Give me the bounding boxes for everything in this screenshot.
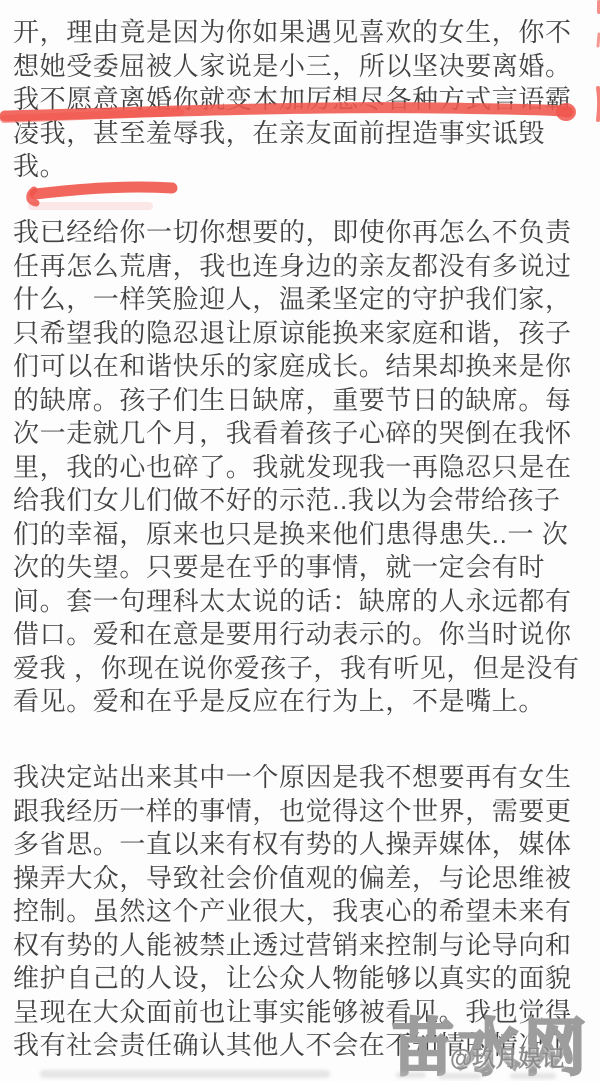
paragraph-1: 开，理由竟是因为你如果遇见喜欢的女生，你不 想她受委屈被人家说是小三，所以坚决要… — [13, 16, 591, 184]
text-line: 间。套一句理科太太说的话：缺席的人永远都有 — [13, 585, 591, 619]
text-line: 给我们女儿们做不好的示范..我以为会带给孩子 — [13, 484, 591, 518]
text-line: 我。 — [13, 150, 591, 184]
text-line: 借口。爱和在意是要用行动表示的。你当时说你 — [13, 618, 591, 652]
text-line: 多省思。一直以来有权有势的人操弄媒体，媒体 — [13, 828, 591, 862]
text-line: 任再怎么荒唐，我也连身边的亲友都没有多说过 — [13, 250, 591, 284]
text-line: 看见。爱和在乎是反应在行为上，不是嘴上。 — [13, 685, 591, 719]
text-line: 想她受委屈被人家说是小三，所以坚决要离婚。 — [13, 50, 591, 84]
paragraph-2: 我已经给你一切你想要的，即使你再怎么不负责 任再怎么荒唐，我也连身边的亲友都没有… — [13, 216, 591, 719]
text-line: 维护自己的人设，让公众人物能够以真实的面貌 — [13, 962, 591, 996]
text-line: 什么，一样笑脸迎人，温柔坚定的守护我们家， — [13, 283, 591, 317]
red-underline-ghost-smudge — [28, 202, 153, 210]
text-line: 的缺席。孩子们生日缺席，重要节日的缺席。每 — [13, 384, 591, 418]
text-line: 爱我 ，你现在说你爱孩子，我有听见，但是没有 — [13, 652, 591, 686]
red-underline-short — [35, 187, 172, 194]
text-line: 我已经给你一切你想要的，即使你再怎么不负责 — [13, 216, 591, 250]
text-line: 我不愿意离婚你就变本加厉想尽各种方式言语霸 — [13, 83, 591, 117]
text-line: 跟我经历一样的事情，也觉得这个世界，需要更 — [13, 795, 591, 829]
faint-watermark-mark — [510, 1073, 556, 1079]
text-line: 里，我的心也碎了。我就发现我一再隐忍只是在 — [13, 451, 591, 485]
text-line: 只希望我的隐忍退让原谅能换来家庭和谐，孩子 — [13, 317, 591, 351]
text-line: 权有势的人能被禁止透过营销来控制与论导向和 — [13, 929, 591, 963]
watermark-account-text: @玖月娱记 — [450, 1040, 564, 1073]
text-line: 控制。虽然这个产业很大，我衷心的希望未来有 — [13, 895, 591, 929]
text-line: 次的失望。只要是在乎的事情，就一定会有时 — [13, 551, 591, 585]
faint-cutoff-text-smudge — [40, 1070, 330, 1078]
text-line: 我决定站出来其中一个原因是我不想要再有女生 — [13, 761, 591, 795]
red-underline-short-hook — [30, 190, 36, 203]
text-line: 们可以在和谐快乐的家庭成长。结果却换来是你 — [13, 350, 591, 384]
text-line: 次一走就几个月，我看着孩子心碎的哭倒在我怀 — [13, 417, 591, 451]
post-text-screenshot: 开，理由竟是因为你如果遇见喜欢的女生，你不 想她受委屈被人家说是小三，所以坚决要… — [0, 0, 600, 1081]
red-edge-mark — [598, 34, 599, 46]
text-line: 操弄大众，导致社会价值观的偏差，与论思维被 — [13, 862, 591, 896]
text-line: 们的幸福，原来也只是换来他们患得患失..一 次 — [13, 518, 591, 552]
text-line: 凌我，甚至羞辱我，在亲友面前捏造事实诋毁 — [13, 117, 591, 151]
text-line: 开，理由竟是因为你如果遇见喜欢的女生，你不 — [13, 16, 591, 50]
faint-watermark-mark — [438, 1073, 482, 1079]
red-edge-mark — [598, 88, 599, 120]
faint-watermark-mark — [396, 1072, 426, 1078]
